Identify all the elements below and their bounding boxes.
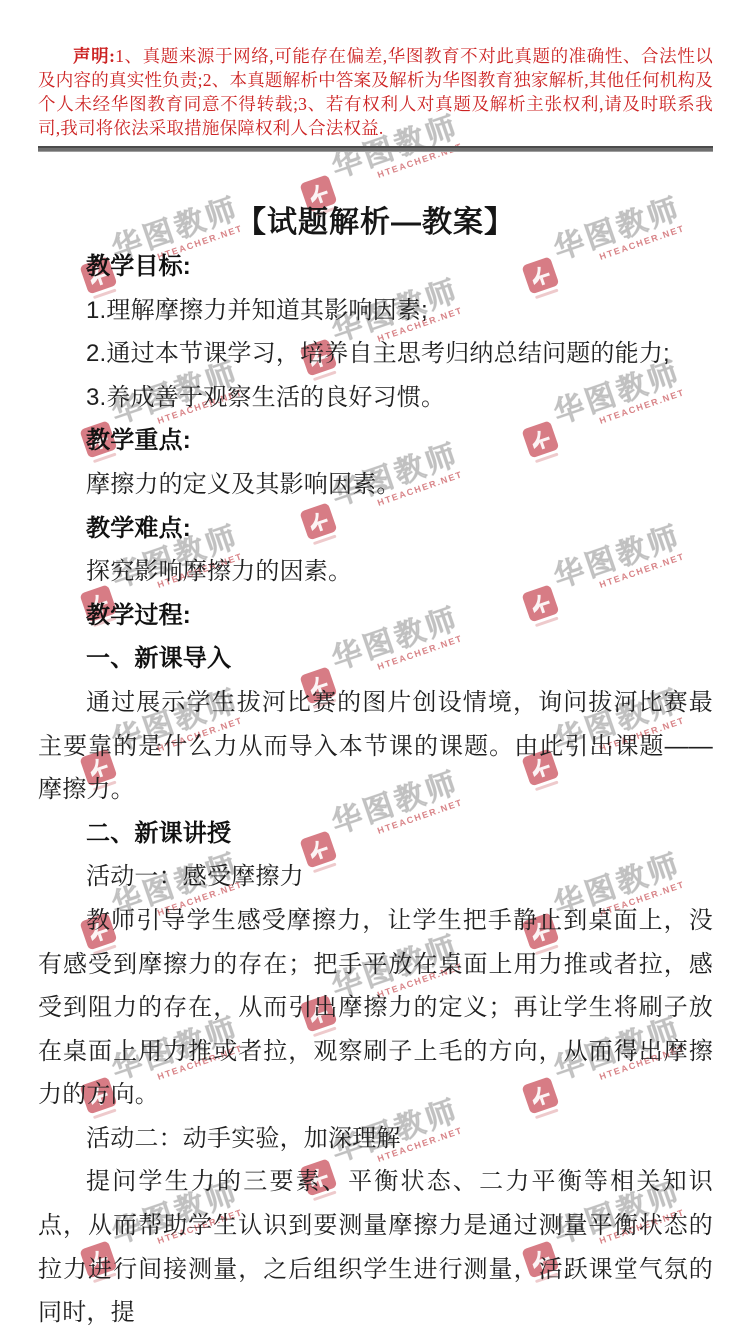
- section-heading: 教学重点:: [38, 419, 713, 463]
- lesson-plan-body: 教学目标:1.理解摩擦力并知道其影响因素;2.通过本节课学习，培养自主思考归纳总…: [38, 245, 713, 1335]
- section-heading: 教学过程:: [38, 594, 713, 638]
- section-heading: 一、新课导入: [38, 637, 713, 681]
- paragraph: 提问学生力的三要素、平衡状态、二力平衡等相关知识点，从而帮助学生认识到要测量摩擦…: [38, 1160, 713, 1334]
- paragraph: 摩擦力的定义及其影响因素。: [38, 463, 713, 507]
- page-title: 【试题解析—教案】: [38, 202, 713, 244]
- disclaimer-label: 声明:: [73, 46, 115, 66]
- paragraph: 3.养成善于观察生活的良好习惯。: [38, 376, 713, 420]
- disclaimer-text: 1、真题来源于网络,可能存在偏差,华图教育不对此真题的准确性、合法性以及内容的真…: [38, 46, 713, 138]
- section-heading: 教学目标:: [38, 245, 713, 289]
- disclaimer: 声明:1、真题来源于网络,可能存在偏差,华图教育不对此真题的准确性、合法性以及内…: [38, 44, 713, 140]
- separator-line: [38, 146, 713, 152]
- paragraph: 教师引导学生感受摩擦力，让学生把手静止到桌面上，没有感受到摩擦力的存在；把手平放…: [38, 899, 713, 1117]
- document-page: 华图教师HTEACHER.NET华图教师HTEACHER.NET华图教师HTEA…: [0, 0, 748, 1335]
- paragraph: 2.通过本节课学习，培养自主思考归纳总结问题的能力;: [38, 332, 713, 376]
- document-content: 声明:1、真题来源于网络,可能存在偏差,华图教育不对此真题的准确性、合法性以及内…: [0, 0, 748, 1335]
- section-heading: 教学难点:: [38, 507, 713, 551]
- paragraph: 活动一：感受摩擦力: [38, 855, 713, 899]
- paragraph: 活动二：动手实验，加深理解: [38, 1117, 713, 1161]
- paragraph: 1.理解摩擦力并知道其影响因素;: [38, 289, 713, 333]
- paragraph: 通过展示学生拔河比赛的图片创设情境，询问拔河比赛最主要靠的是什么力从而导入本节课…: [38, 681, 713, 812]
- section-heading: 二、新课讲授: [38, 812, 713, 856]
- paragraph: 探究影响摩擦力的因素。: [38, 550, 713, 594]
